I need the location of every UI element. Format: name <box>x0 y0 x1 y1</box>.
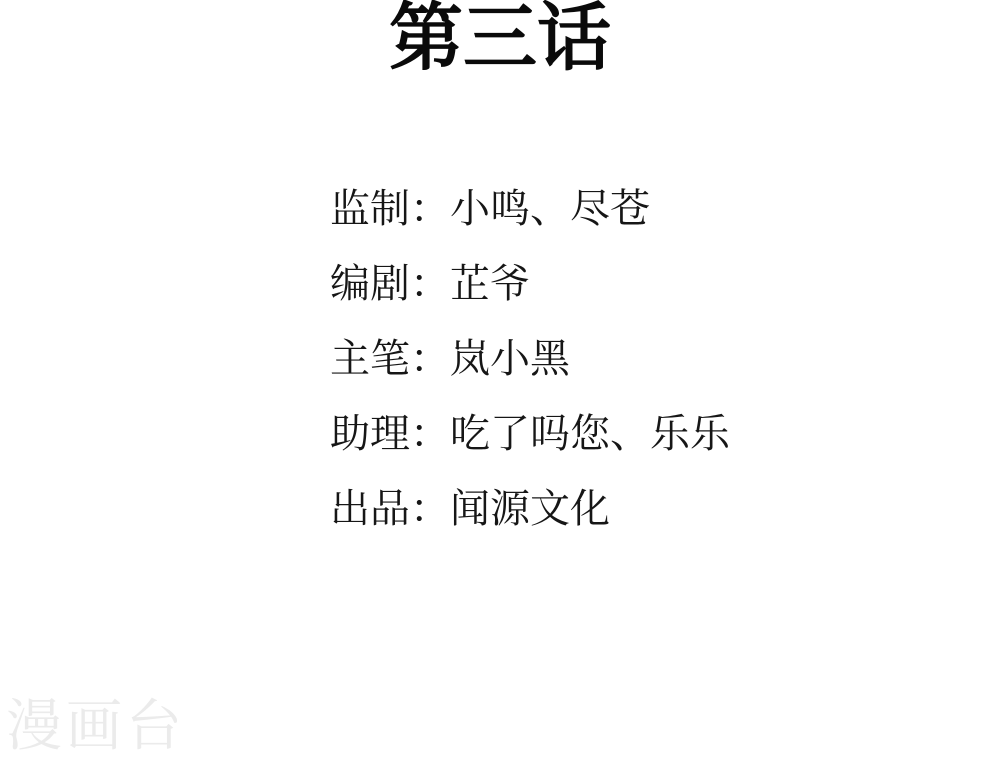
credit-line-supervisor: 监制：小鸣、尽苍 <box>330 168 730 243</box>
chapter-title: 第三话 <box>0 0 1000 88</box>
credit-line-producer: 出品：闻源文化 <box>330 468 730 543</box>
credit-line-screenwriter: 编剧：芷爷 <box>330 243 730 318</box>
credits-block: 监制：小鸣、尽苍 编剧：芷爷 主笔：岚小黑 助理：吃了吗您、乐乐 出品：闻源文化 <box>330 168 730 543</box>
credit-line-lead-artist: 主笔：岚小黑 <box>330 318 730 393</box>
manga-credits-page: 第三话 监制：小鸣、尽苍 编剧：芷爷 主笔：岚小黑 助理：吃了吗您、乐乐 出品：… <box>0 0 1000 764</box>
credit-line-assistants: 助理：吃了吗您、乐乐 <box>330 393 730 468</box>
watermark-manhuatai: 漫画台 <box>6 696 186 756</box>
